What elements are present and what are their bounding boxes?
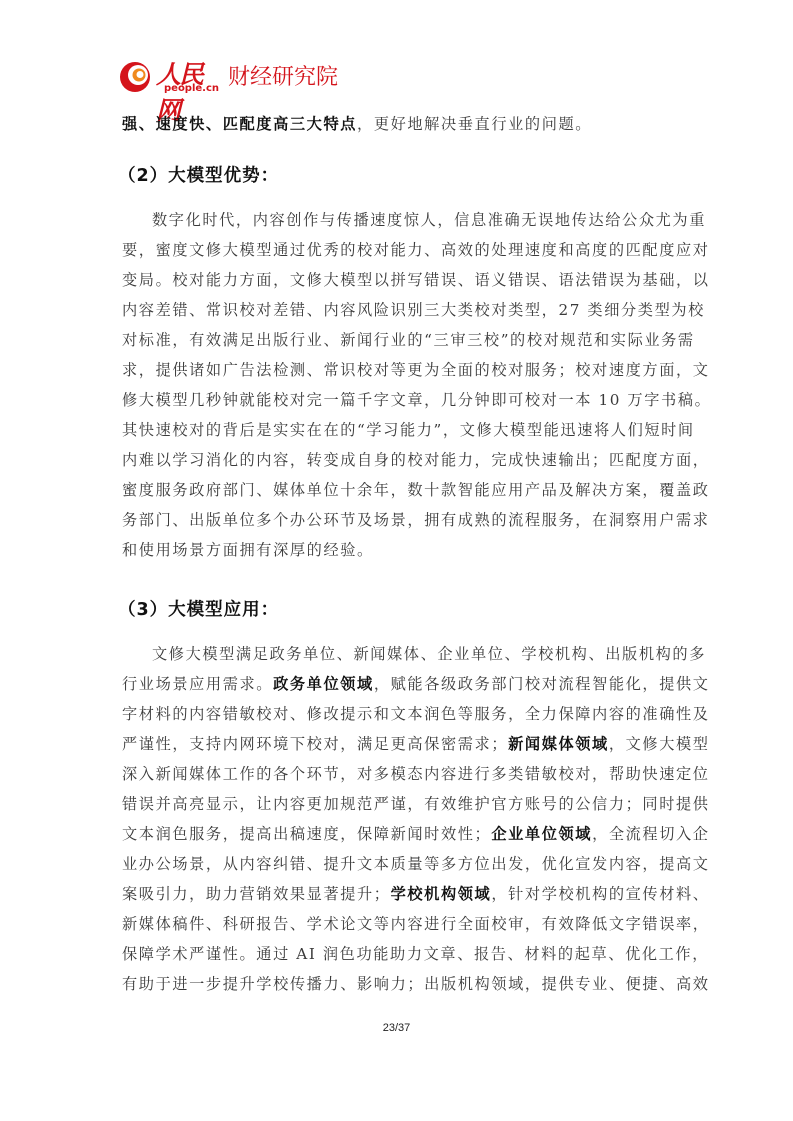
paragraph-line: 务部门、出版单位多个办公环节及场景，拥有成熟的流程服务，在洞察用户需求 bbox=[122, 510, 682, 530]
paragraph-line: 文本润色服务，提高出稿速度，保障新闻时效性；企业单位领域，全流程切入企 bbox=[122, 824, 682, 844]
paragraph-line: 严谨性，支持内网环境下校对，满足更高保密需求；新闻媒体领域，文修大模型 bbox=[122, 734, 682, 754]
paragraph-line: 和使用场景方面拥有深厚的经验。 bbox=[122, 540, 682, 560]
line-text: 新媒体稿件、科研报告、学术论文等内容进行全面校审，有效降低文字错误率， bbox=[122, 915, 710, 933]
paragraph-line: 业办公场景，从内容纠错、提升文本质量等多方位出发，优化宣发内容，提高文 bbox=[122, 854, 682, 874]
section-3-heading: （3）大模型应用： bbox=[118, 596, 279, 621]
line-text: 有助于进一步提升学校传播力、影响力；出版机构领域，提供专业、便捷、高效 bbox=[122, 975, 710, 993]
line-text: 文修大模型满足政务单位、新闻媒体、企业单位、学校机构、出版机构的多 bbox=[152, 645, 706, 663]
page-number: 23/37 bbox=[0, 1022, 793, 1034]
line-text: ，赋能各级政务部门校对流程智能化，提供文 bbox=[374, 675, 710, 693]
paragraph-line: 字材料的内容错敏校对、修改提示和文本润色等服务，全力保障内容的准确性及 bbox=[122, 704, 682, 724]
paragraph-line: 对标准，有效满足出版行业、新闻行业的“三审三校”的校对规范和实际业务需 bbox=[122, 330, 682, 350]
paragraph-line: 行业场景应用需求。政务单位领域，赋能各级政务部门校对流程智能化，提供文 bbox=[122, 674, 682, 694]
paragraph-line: 内容差错、常识校对差错、内容风险识别三大类校对类型，27 类细分类型为校 bbox=[122, 300, 682, 320]
line-text: 保障学术严谨性。通过 AI 润色功能助力文章、报告、材料的起草、优化工作， bbox=[122, 945, 709, 963]
line-text: 案吸引力，助力营销效果显著提升； bbox=[122, 885, 391, 903]
institute-name: 财经研究院 bbox=[228, 60, 338, 91]
paragraph-line: 求，提供诸如广告法检测、常识校对等更为全面的校对服务；校对速度方面，文 bbox=[122, 360, 682, 380]
paragraph-line: 错误并高亮显示，让内容更加规范严谨，有效维护官方账号的公信力；同时提供 bbox=[122, 794, 682, 814]
line-text: 文本润色服务，提高出稿速度，保障新闻时效性； bbox=[122, 825, 491, 843]
people-logo-icon bbox=[118, 60, 152, 94]
paragraph-line: 变局。校对能力方面，文修大模型以拼写错误、语义错误、语法错误为基础，以 bbox=[122, 270, 682, 290]
paragraph-line: 要，蜜度文修大模型通过优秀的校对能力、高效的处理速度和高度的匹配度应对 bbox=[122, 240, 682, 260]
page-header: 人民网 people.cn 财经研究院 bbox=[118, 56, 338, 98]
intro-line: 强、速度快、匹配度高三大特点，更好地解决垂直行业的问题。 bbox=[122, 114, 682, 134]
line-text: 字材料的内容错敏校对、修改提示和文本润色等服务，全力保障内容的准确性及 bbox=[122, 705, 710, 723]
intro-bold-text: 强、速度快、匹配度高三大特点 bbox=[122, 115, 357, 133]
bold-term-school: 学校机构领域 bbox=[391, 885, 492, 903]
paragraph-line: 保障学术严谨性。通过 AI 润色功能助力文章、报告、材料的起草、优化工作， bbox=[122, 944, 682, 964]
intro-text: ，更好地解决垂直行业的问题。 bbox=[357, 115, 592, 133]
paragraph-line: 数字化时代，内容创作与传播速度惊人，信息准确无误地传达给公众尤为重 bbox=[152, 210, 712, 230]
paragraph-line: 修大模型几秒钟就能校对完一篇千字文章，几分钟即可校对一本 10 万字书稿。 bbox=[122, 390, 682, 410]
paragraph-line: 新媒体稿件、科研报告、学术论文等内容进行全面校审，有效降低文字错误率， bbox=[122, 914, 682, 934]
line-text: 深入新闻媒体工作的各个环节，对多模态内容进行多类错敏校对，帮助快速定位 bbox=[122, 765, 710, 783]
line-text: ，全流程切入企 bbox=[592, 825, 710, 843]
paragraph-line: 蜜度服务政府部门、媒体单位十余年，数十款智能应用产品及解决方案，覆盖政 bbox=[122, 480, 682, 500]
line-text: ，文修大模型 bbox=[609, 735, 710, 753]
paragraph-line: 有助于进一步提升学校传播力、影响力；出版机构领域，提供专业、便捷、高效 bbox=[122, 974, 682, 994]
brand-name-en: people.cn bbox=[164, 83, 219, 94]
section-2-heading: （2）大模型优势： bbox=[118, 162, 279, 187]
paragraph-line: 内难以学习消化的内容，转变成自身的校对能力，完成快速输出；匹配度方面， bbox=[122, 450, 682, 470]
line-text: 行业场景应用需求。 bbox=[122, 675, 273, 693]
paragraph-line: 深入新闻媒体工作的各个环节，对多模态内容进行多类错敏校对，帮助快速定位 bbox=[122, 764, 682, 784]
paragraph-line: 案吸引力，助力营销效果显著提升；学校机构领域，针对学校机构的宣传材料、 bbox=[122, 884, 682, 904]
line-text: 业办公场景，从内容纠错、提升文本质量等多方位出发，优化宣发内容，提高文 bbox=[122, 855, 710, 873]
people-brand-logo: 人民网 people.cn bbox=[154, 57, 224, 97]
line-text: 严谨性，支持内网环境下校对，满足更高保密需求； bbox=[122, 735, 508, 753]
paragraph-line: 其快速校对的背后是实实在在的“学习能力”，文修大模型能迅速将人们短时间 bbox=[122, 420, 682, 440]
bold-term-government: 政务单位领域 bbox=[273, 675, 374, 693]
bold-term-enterprise: 企业单位领域 bbox=[491, 825, 592, 843]
line-text: ，针对学校机构的宣传材料、 bbox=[491, 885, 709, 903]
bold-term-news-media: 新闻媒体领域 bbox=[508, 735, 609, 753]
line-text: 错误并高亮显示，让内容更加规范严谨，有效维护官方账号的公信力；同时提供 bbox=[122, 795, 710, 813]
paragraph-line: 文修大模型满足政务单位、新闻媒体、企业单位、学校机构、出版机构的多 bbox=[152, 644, 712, 664]
